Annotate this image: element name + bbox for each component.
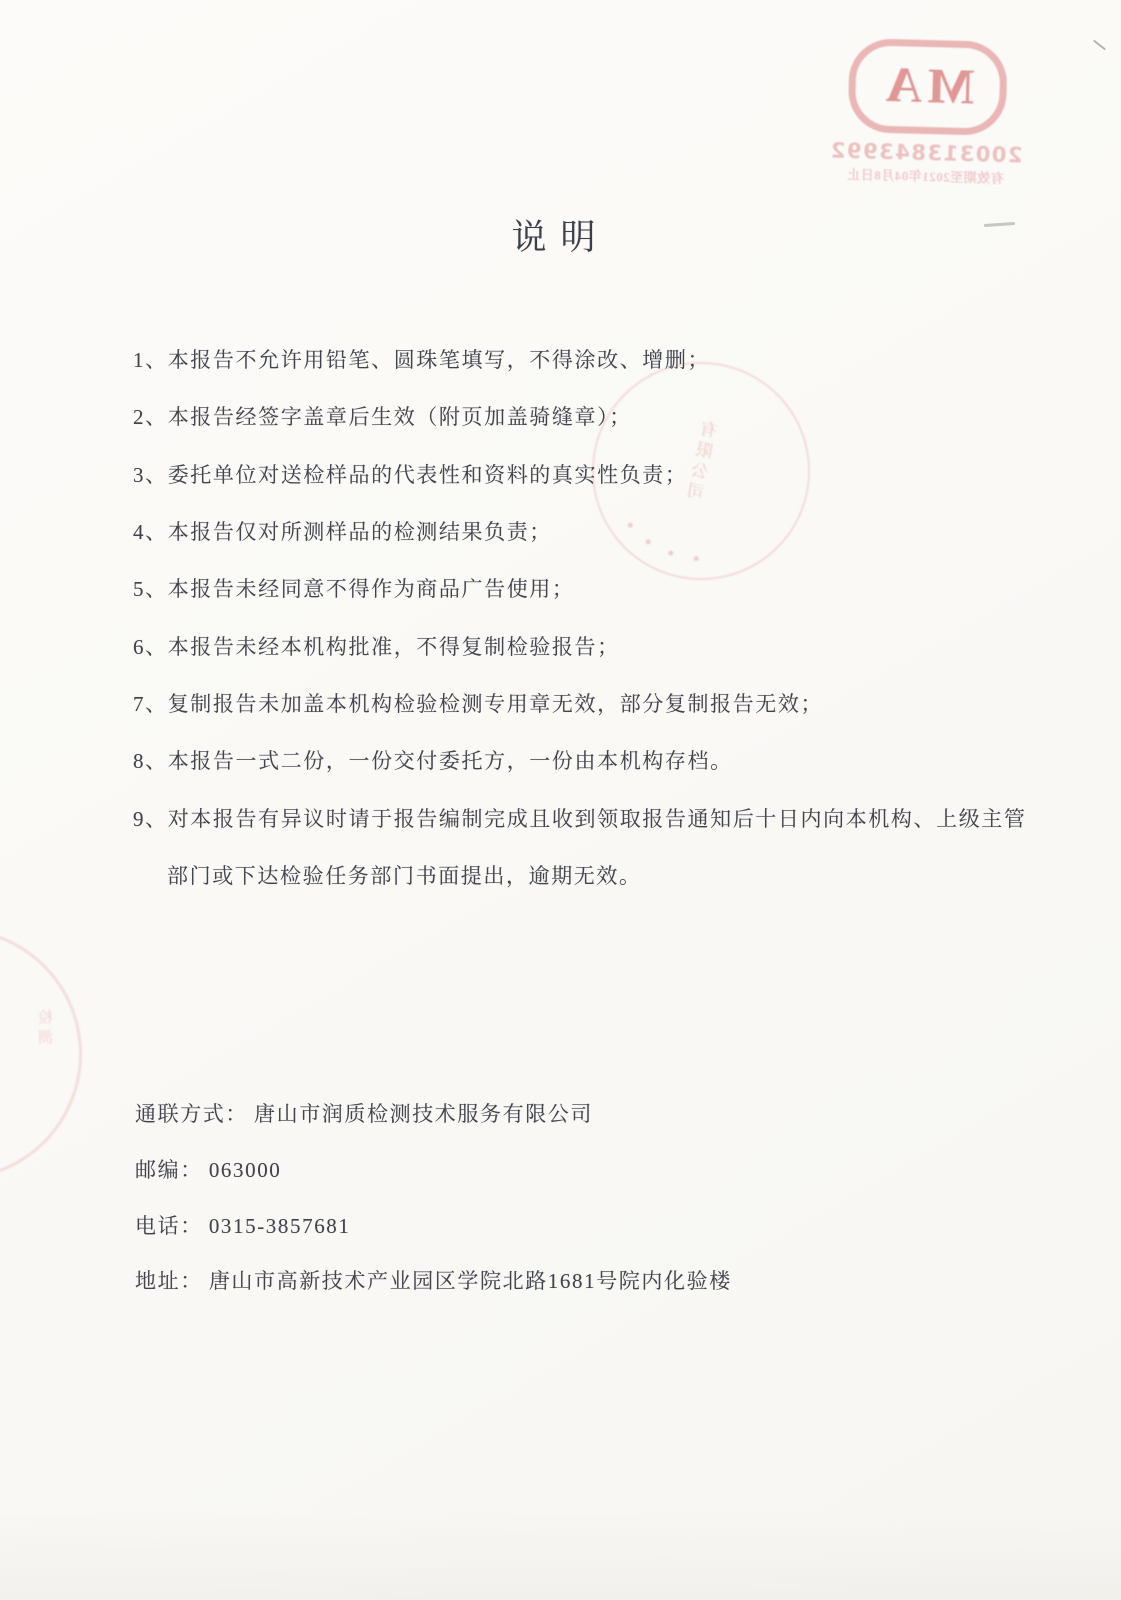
seal-dot [645,539,651,545]
contact-line-method: 通联方式：唐山市润质检测技术服务有限公司 [135,1098,593,1128]
cma-accreditation-stamp: MA 200313843992 有效期至2021年04月8日止 [826,37,1028,187]
contact-line-phone: 电话：0315-3857681 [135,1210,351,1240]
note-item-3: 3、委托单位对送检样品的代表性和资料的真实性负责； [133,459,688,489]
seal-dot [668,550,674,556]
cma-stamp-letters: MA [880,55,975,115]
page-title: 说明 [0,210,1121,260]
note-item-6: 6、本报告未经本机构批准，不得复制检验报告； [133,631,620,661]
contact-company: 唐山市润质检测技术服务有限公司 [254,1102,593,1126]
seal-dot [693,556,699,562]
note-item-1: 1、本报告不允许用铅笔、圆珠笔填写，不得涂改、增删； [133,344,710,374]
contact-line-postcode: 邮编：063000 [135,1154,281,1184]
edge-round-seal: 检测 [0,928,82,1180]
contact-label: 电话： [135,1214,203,1238]
edge-seal-text: 检测 [36,1009,57,1049]
scanned-report-notes-page: MA 200313843992 有效期至2021年04月8日止 说明 有限公司 … [0,0,1121,1600]
contact-label: 地址： [135,1269,203,1293]
contact-address: 唐山市高新技术产业园区学院北路1681号院内化验楼 [209,1269,732,1293]
contact-postcode: 063000 [209,1158,282,1182]
contact-label: 邮编： [135,1158,203,1182]
round-seal-text: 有限公司 [683,419,725,506]
corner-pen-mark [1093,40,1106,51]
note-item-2: 2、本报告经签字盖章后生效（附页加盖骑缝章）； [133,401,632,431]
note-item-8: 8、本报告一式二份，一份交付委托方，一份由本机构存档。 [133,745,733,775]
note-item-9: 9、对本报告有异议时请于报告编制完成且收到领取报告通知后十日内向本机构、上级主管 [133,803,1027,833]
note-item-7: 7、复制报告未加盖本机构检验检测专用章无效，部分复制报告无效； [133,688,823,718]
note-item-9-continuation: 部门或下达检验任务部门书面提出，逾期无效。 [167,860,642,890]
contact-phone: 0315-3857681 [209,1214,351,1238]
cma-validity-text: 有效期至2021年04月8日止 [826,163,1024,187]
note-item-4: 4、本报告仅对所测样品的检测结果负责； [133,516,552,546]
seal-dot [627,522,633,528]
contact-line-address: 地址：唐山市高新技术产业园区学院北路1681号院内化验楼 [135,1265,732,1295]
contact-label: 通联方式： [135,1102,248,1126]
cma-stamp-outline: MA [847,38,1007,136]
note-item-5: 5、本报告未经同意不得作为商品广告使用； [133,573,575,603]
